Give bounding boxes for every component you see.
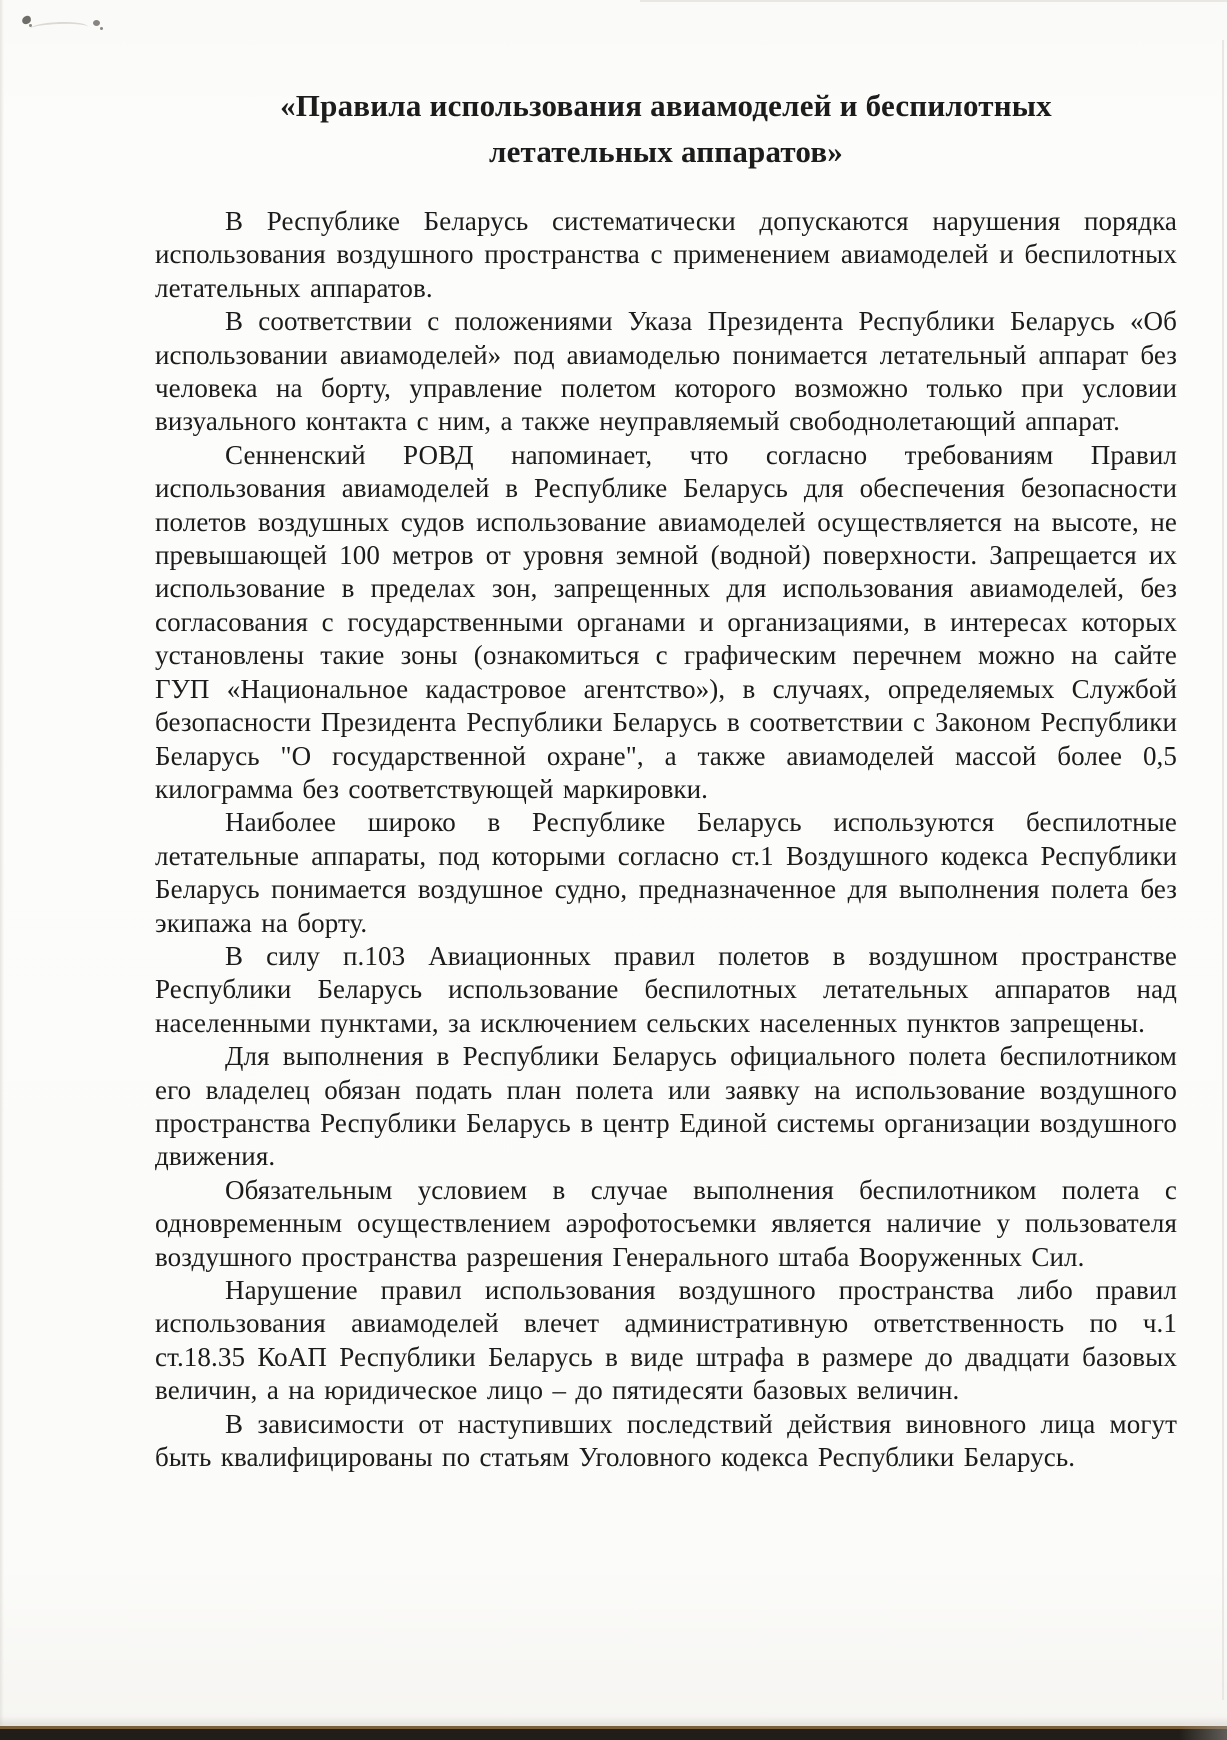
corner-speck	[29, 24, 32, 27]
paragraph: Для выполнения в Республики Беларусь офи…	[155, 1040, 1177, 1174]
paragraph: Обязательным условием в случае выполнени…	[155, 1174, 1177, 1274]
paragraph: В силу п.103 Авиационных правил полетов …	[155, 940, 1177, 1040]
scan-bottom-edge-bar	[0, 1726, 1227, 1740]
document-title: «Правила использования авиамоделей и бес…	[266, 83, 1066, 175]
scan-bottom-edge-fade	[1179, 1726, 1227, 1740]
paragraph: В соответствии с положениями Указа Прези…	[155, 305, 1177, 439]
corner-speck	[100, 27, 103, 30]
scan-right-edge-shadow	[1222, 40, 1224, 1700]
document-body: В Республике Беларусь систематически доп…	[155, 205, 1177, 1474]
scan-top-edge-artifact	[640, 0, 1227, 2]
paragraph: В Республике Беларусь систематически доп…	[155, 205, 1177, 305]
document-text-block: «Правила использования авиамоделей и бес…	[155, 83, 1177, 1474]
paragraph: В зависимости от наступивших последствий…	[155, 1408, 1177, 1475]
paragraph: Наиболее широко в Республике Беларусь ис…	[155, 806, 1177, 940]
corner-smudge	[30, 21, 88, 29]
scan-left-edge-shadow	[0, 0, 4, 1740]
scan-bottom-noise	[0, 1716, 1227, 1726]
corner-smudge	[93, 20, 100, 26]
paragraph: Нарушение правил использования воздушног…	[155, 1274, 1177, 1408]
scanned-page: «Правила использования авиамоделей и бес…	[0, 0, 1227, 1740]
paragraph: Сенненский РОВД напоминает, что согласно…	[155, 439, 1177, 806]
